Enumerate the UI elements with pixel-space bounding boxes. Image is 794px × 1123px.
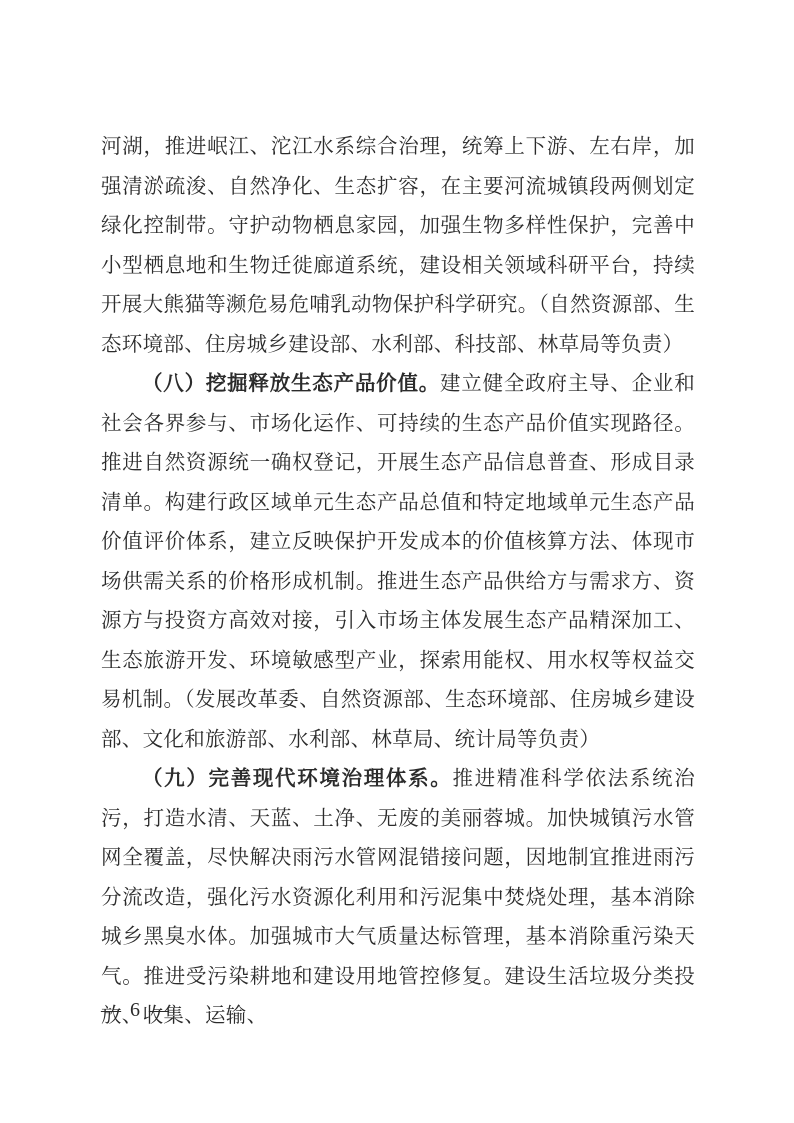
document-page: 河湖，推进岷江、沱江水系综合治理，统筹上下游、左右岸，加强清淤疏浚、自然净化、生…	[0, 0, 794, 1123]
paragraph-item-8: （八）挖掘释放生态产品价值。建立健全政府主导、企业和社会各界参与、市场化运作、可…	[101, 365, 695, 760]
paragraph-text: 推进精准科学依法系统治污，打造水清、天蓝、土净、无废的美丽蓉城。加快城镇污水管网…	[101, 768, 695, 1027]
paragraph-continuation: 河湖，推进岷江、沱江水系综合治理，统筹上下游、左右岸，加强清淤疏浚、自然净化、生…	[101, 128, 695, 365]
paragraph-text: 河湖，推进岷江、沱江水系综合治理，统筹上下游、左右岸，加强清淤疏浚、自然净化、生…	[101, 136, 695, 356]
paragraph-text: 建立健全政府主导、企业和社会各界参与、市场化运作、可持续的生态产品价值实现路径。…	[101, 373, 695, 751]
paragraph-item-9: （九）完善现代环境治理体系。推进精准科学依法系统治污，打造水清、天蓝、土净、无废…	[101, 760, 695, 1037]
paragraph-lead: （九）完善现代环境治理体系。	[142, 768, 452, 790]
page-number: — 6 —	[101, 995, 171, 1025]
paragraph-lead: （八）挖掘释放生态产品价值。	[142, 373, 440, 395]
document-body: 河湖，推进岷江、沱江水系综合治理，统筹上下游、左右岸，加强清淤疏浚、自然净化、生…	[101, 128, 695, 1037]
